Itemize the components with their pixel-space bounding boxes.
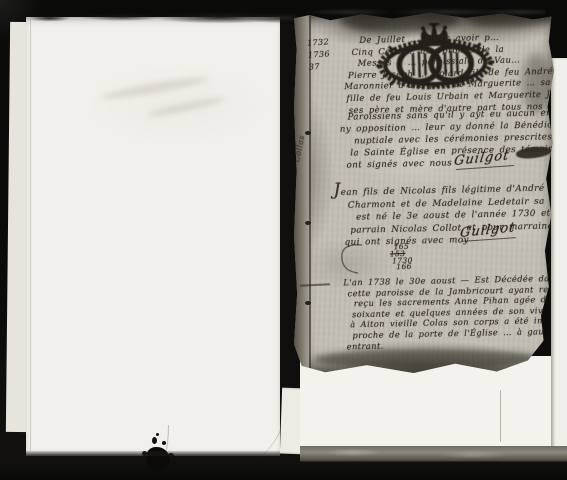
register-scan: 1732 1736 37 Collas De Juillet … après a… xyxy=(0,0,567,480)
page-bottom-edge xyxy=(26,451,280,456)
manuscript-page: 1732 1736 37 Collas De Juillet … après a… xyxy=(294,13,554,373)
binding-stitch xyxy=(305,301,311,305)
binding-gap xyxy=(280,24,296,396)
binding-stitch xyxy=(305,131,311,135)
margin-note: 37 xyxy=(308,60,331,74)
paper-stain xyxy=(314,349,544,369)
handwritten-entry-baptism: Jean fils de Nicolas fils légitime d'And… xyxy=(333,178,567,250)
torn-top-fringe xyxy=(28,11,296,24)
stacked-number: 166 xyxy=(396,264,413,271)
margin-dash xyxy=(300,283,330,287)
ink-speck xyxy=(156,433,159,436)
ink-bleedthrough-smudge xyxy=(146,95,226,119)
margin-year-notes: 1732 1736 37 xyxy=(307,36,331,73)
handwritten-entry-burial: L'an 1738 le 30e aoust — Est Décédée dan… xyxy=(335,272,567,351)
pen-flourish xyxy=(338,241,368,277)
page-block-edge-band xyxy=(300,446,567,462)
binding-stitch xyxy=(305,221,311,225)
handwritten-entry-marriage: De Juillet … après avoir p… Cinq Cens … … xyxy=(341,32,553,118)
ink-speck xyxy=(152,437,157,444)
left-blank-page xyxy=(26,17,280,456)
ink-bleedthrough-smudge xyxy=(100,74,210,103)
margin-note: 1736 xyxy=(308,48,331,62)
page-fold-line xyxy=(30,19,31,451)
ink-speck xyxy=(162,441,166,445)
right-page-stack-edge xyxy=(551,58,567,450)
page-number-stack: 165 153 1730 166 xyxy=(394,244,414,272)
underlying-blank-page xyxy=(300,356,567,448)
paper-crease xyxy=(500,390,501,442)
